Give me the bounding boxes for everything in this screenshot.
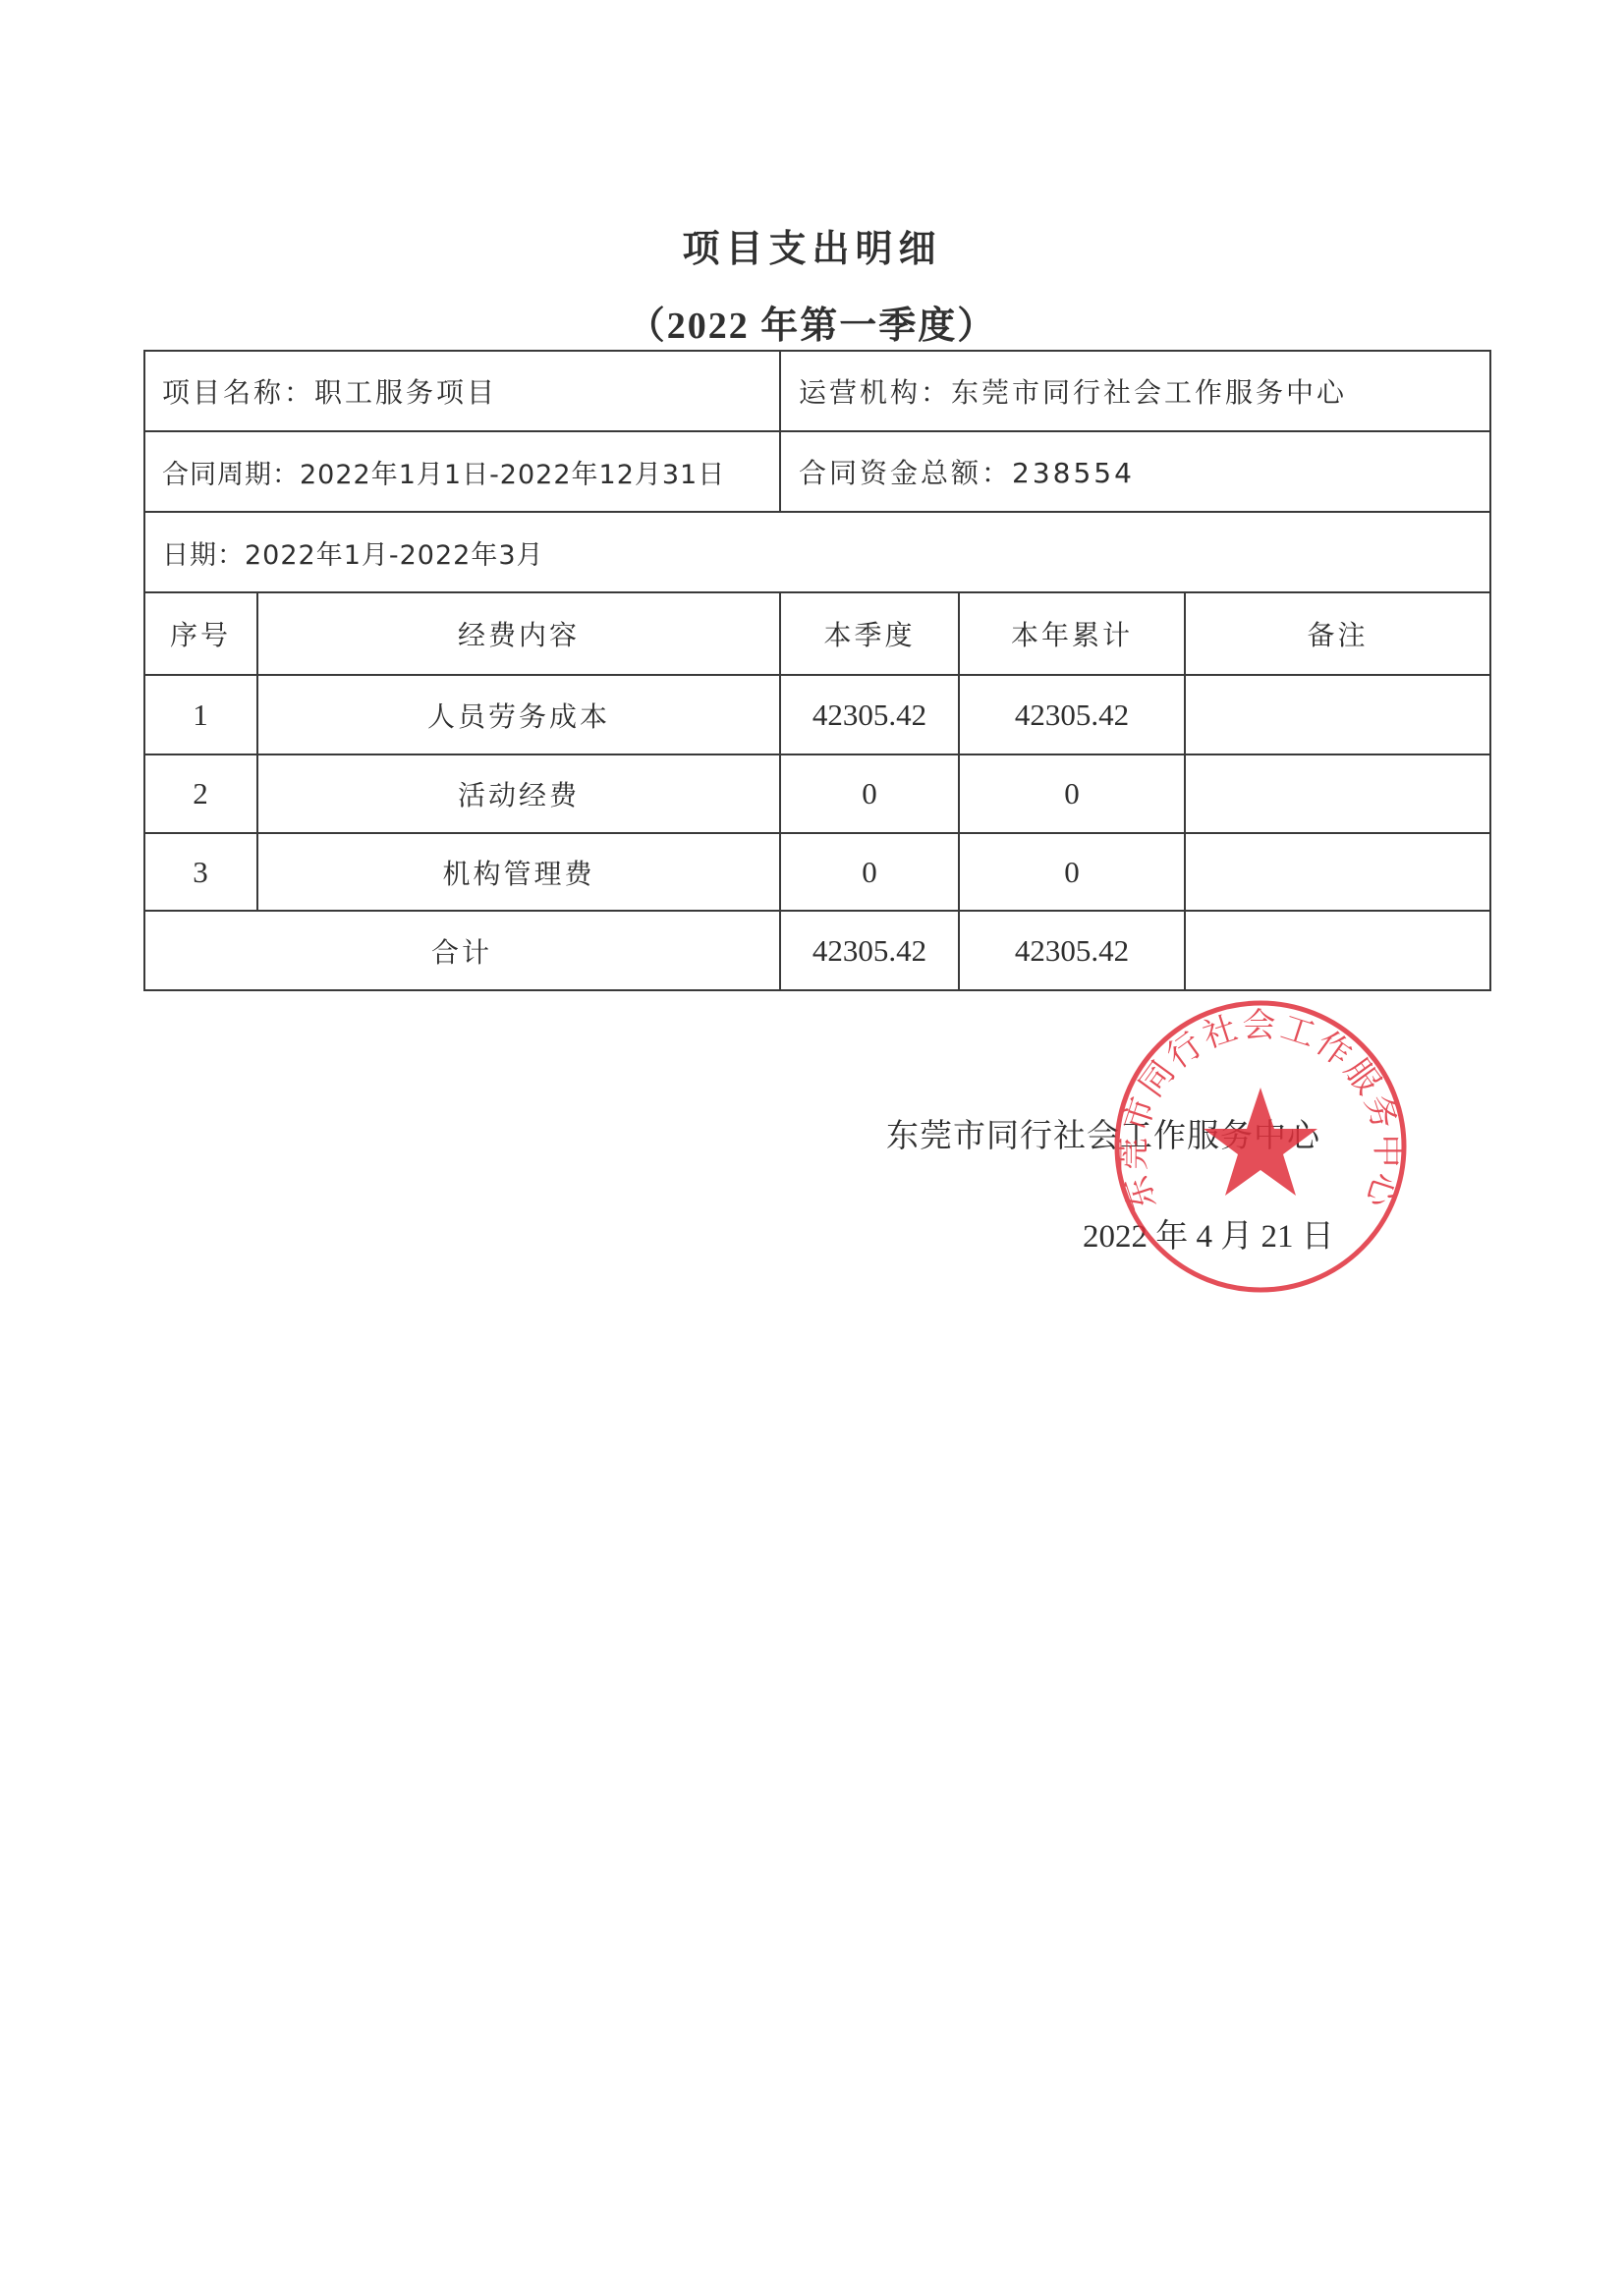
header-note: 备注	[1186, 593, 1489, 674]
contract-total: 合同资金总额：238554	[781, 432, 1489, 511]
total-quarter: 42305.42	[781, 912, 958, 989]
row-1-note	[1186, 676, 1489, 754]
row-2-quarter: 0	[781, 755, 958, 832]
total-note	[1186, 912, 1489, 989]
row-1-ytd: 42305.42	[960, 676, 1184, 754]
table-border-right	[1489, 350, 1491, 991]
operator-text: 运营机构：东莞市同行社会工作服务中心	[799, 371, 1347, 411]
row-2-ytd: 0	[960, 755, 1184, 832]
row-3-note	[1186, 834, 1489, 910]
row-2-item: 活动经费	[258, 755, 779, 832]
date-range-text: 日期：2022年1月-2022年3月	[162, 533, 544, 572]
header-item: 经费内容	[258, 593, 779, 674]
total-ytd: 42305.42	[960, 912, 1184, 989]
row-1-no: 1	[144, 676, 256, 754]
total-label: 合计	[144, 912, 779, 989]
header-ytd: 本年累计	[960, 593, 1184, 674]
contract-period-text: 合同周期：2022年1月1日-2022年12月31日	[162, 453, 725, 491]
table-border-bottom	[144, 989, 1491, 991]
contract-period: 合同周期：2022年1月1日-2022年12月31日	[144, 432, 779, 511]
project-name: 项目名称：职工服务项目	[144, 352, 779, 430]
star-icon	[1204, 1088, 1317, 1196]
contract-total-text: 合同资金总额：238554	[799, 452, 1135, 491]
operator: 运营机构：东莞市同行社会工作服务中心	[781, 352, 1489, 430]
row-3-no: 3	[144, 834, 256, 910]
header-quarter: 本季度	[781, 593, 958, 674]
document-subtitle: （2022 年第一季度）	[0, 295, 1624, 349]
header-no: 序号	[144, 593, 256, 674]
document-title: 项目支出明细	[0, 218, 1624, 272]
date-range: 日期：2022年1月-2022年3月	[144, 513, 1489, 591]
row-3-ytd: 0	[960, 834, 1184, 910]
project-name-text: 项目名称：职工服务项目	[162, 371, 497, 411]
row-2-note	[1186, 755, 1489, 832]
row-3-quarter: 0	[781, 834, 958, 910]
row-1-item: 人员劳务成本	[258, 676, 779, 754]
row-1-quarter: 42305.42	[781, 676, 958, 754]
official-stamp: 东莞市同行社会工作服务中心	[1111, 997, 1410, 1296]
row-3-item: 机构管理费	[258, 834, 779, 910]
row-2-no: 2	[144, 755, 256, 832]
